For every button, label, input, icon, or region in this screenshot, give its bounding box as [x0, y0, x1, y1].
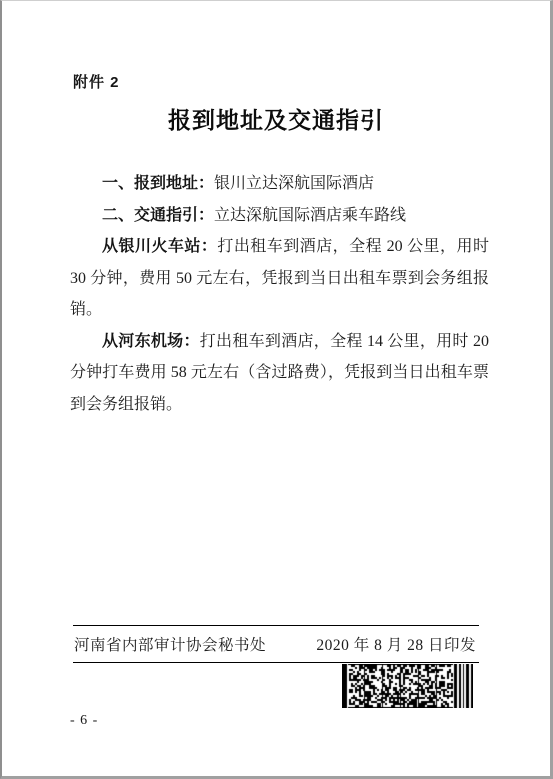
page-title: 报到地址及交通指引	[2, 102, 550, 135]
footer-print-date: 2020 年 8 月 28 日印发	[316, 633, 476, 655]
paragraph-text: 立达深航国际酒店乘车路线	[214, 207, 406, 224]
document-page: 附件 2 报到地址及交通指引 一、报到地址：银川立达深航国际酒店 二、交通指引：…	[0, 0, 553, 779]
document-body: 一、报到地址：银川立达深航国际酒店 二、交通指引：立达深航国际酒店乘车路线 从银…	[70, 168, 489, 420]
body-paragraph-traffic: 二、交通指引：立达深航国际酒店乘车路线	[70, 200, 489, 232]
paragraph-label: 一、报到地址：	[102, 175, 214, 192]
paragraph-text: 银川立达深航国际酒店	[214, 175, 374, 192]
document-barcode-icon	[342, 664, 473, 708]
footer-divider-top	[73, 625, 479, 626]
paragraph-label: 二、交通指引：	[102, 207, 214, 224]
attachment-label: 附件 2	[73, 71, 120, 92]
footer-row: 河南省内部审计协会秘书处 2020 年 8 月 28 日印发	[74, 633, 476, 655]
footer-divider-bottom	[73, 662, 479, 663]
footer-issuer: 河南省内部审计协会秘书处	[74, 633, 266, 655]
body-paragraph-train-station: 从银川火车站：打出租车到酒店，全程 20 公里，用时 30 分钟，费用 50 元…	[70, 231, 489, 326]
body-paragraph-airport: 从河东机场：打出租车到酒店，全程 14 公里，用时 20 分钟打车费用 58 元…	[70, 326, 489, 421]
page-number: - 6 -	[70, 713, 98, 729]
paragraph-label: 从河东机场：	[102, 333, 200, 350]
body-paragraph-address: 一、报到地址：银川立达深航国际酒店	[70, 168, 489, 200]
paragraph-label: 从银川火车站：	[102, 238, 217, 255]
